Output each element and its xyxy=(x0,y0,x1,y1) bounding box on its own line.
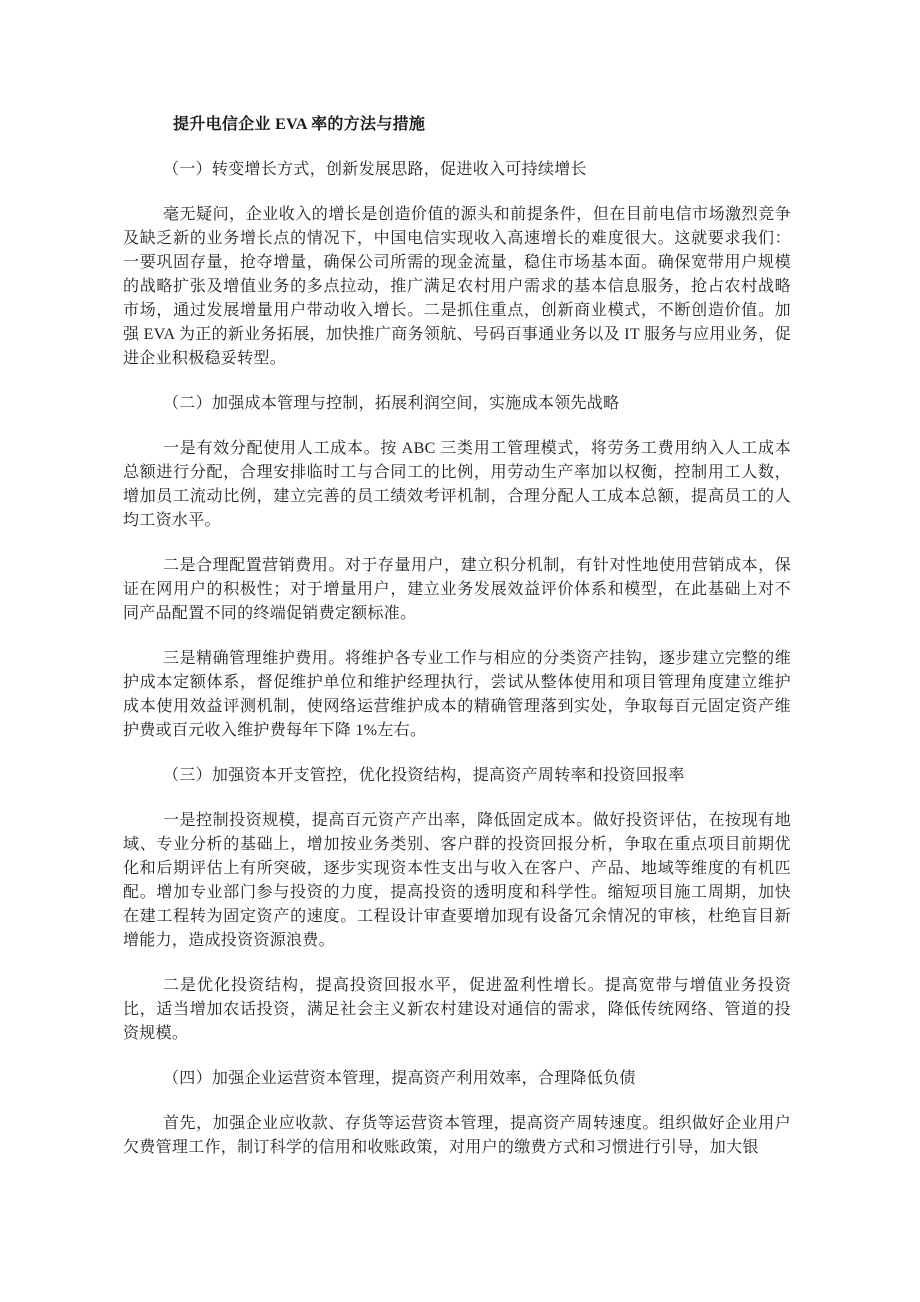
section-4-heading: （四）加强企业运营资本管理，提高资产利用效率，合理降低负债 xyxy=(123,1067,791,1091)
section-3-paragraph-2: 二是优化投资结构，提高投资回报水平，促进盈利性增长。提高宽带与增值业务投资比，适… xyxy=(123,974,791,1046)
section-2-paragraph-3: 三是精确管理维护费用。将维护各专业工作与相应的分类资产挂钩，逐步建立完整的维护成… xyxy=(123,647,791,743)
section-4-paragraph-1: 首先，加强企业应收款、存货等运营资本管理，提高资产周转速度。组织做好企业用户欠费… xyxy=(123,1112,791,1160)
document-title: 提升电信企业 EVA 率的方法与措施 xyxy=(123,113,791,137)
section-2-paragraph-2: 二是合理配置营销费用。对于存量用户，建立积分机制，有针对性地使用营销成本，保证在… xyxy=(123,554,791,626)
section-2-heading: （二）加强成本管理与控制，拓展利润空间，实施成本领先战略 xyxy=(123,392,791,416)
section-3-paragraph-1: 一是控制投资规模，提高百元资产产出率，降低固定成本。做好投资评估，在按现有地域、… xyxy=(123,809,791,953)
section-1-paragraph: 毫无疑问，企业收入的增长是创造价值的源头和前提条件，但在目前电信市场激烈竞争及缺… xyxy=(123,203,791,371)
document-page: 提升电信企业 EVA 率的方法与措施 （一）转变增长方式，创新发展思路，促进收入… xyxy=(0,0,920,1302)
section-1-heading: （一）转变增长方式，创新发展思路，促进收入可持续增长 xyxy=(123,158,791,182)
section-3-heading: （三）加强资本开支管控，优化投资结构，提高资产周转率和投资回报率 xyxy=(123,764,791,788)
section-2-paragraph-1: 一是有效分配使用人工成本。按 ABC 三类用工管理模式，将劳务工费用纳入人工成本… xyxy=(123,437,791,533)
